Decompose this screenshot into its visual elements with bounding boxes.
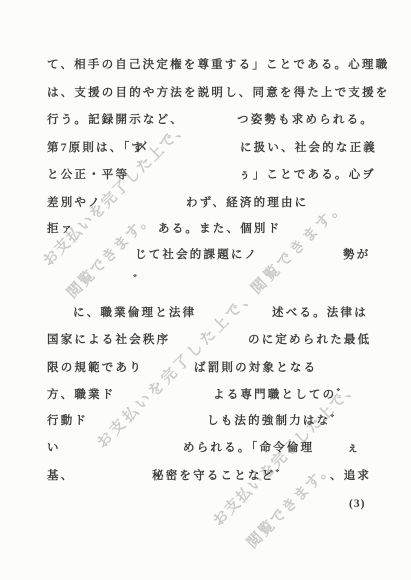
text-segment: て、相手の自己決定権を尊重する」ことである。心理職: [47, 58, 389, 72]
text-segment: は、支援の目的や方法を説明し、同意を得た上で支援を: [47, 86, 390, 100]
text-segment: に、職業倫理と法律: [73, 306, 196, 320]
text-segment: 勢が: [343, 248, 370, 262]
text-segment: 第7原則は、「す: [47, 141, 145, 155]
text-segment: 述べる。法律は: [272, 306, 368, 320]
text-segment: と公正・平等: [47, 168, 129, 182]
document-page: (3) お支払いを完了した上で、閲覧できます。お支払いを完了した上で、閲覧できま…: [0, 0, 411, 580]
text-segment: じて社会的課題にノ: [135, 248, 258, 262]
text-segment: 秘密を守ることなど゛: [152, 469, 289, 483]
text-segment: わず、経済的理由に: [186, 196, 308, 210]
text-segment: 差別やノ: [47, 196, 102, 210]
text-segment: ぅ」ことである。心ヺ: [239, 168, 376, 182]
text-segment: 、追求: [330, 469, 371, 483]
text-segment: い: [47, 441, 61, 455]
text-segment: 基、: [47, 469, 74, 483]
text-segment: 方、職業ド: [47, 388, 116, 402]
text-segment: められる。「命令倫理: [183, 441, 314, 455]
text-segment: 行動ド: [47, 414, 88, 428]
text-segment: しも法的強制力はな゛: [207, 414, 344, 428]
text-segment: ぇ: [347, 441, 361, 455]
text-segment: つ姿勢も求められる。: [237, 113, 374, 127]
text-segment: よる専門職としての゛: [213, 388, 350, 402]
page-number: (3): [349, 498, 365, 510]
text-segment: ば罰則の対象となる: [194, 361, 317, 375]
text-segment: 拒ァ: [47, 222, 74, 236]
text-segment: 〆: [136, 141, 150, 155]
text-segment: ある。また、個別ド: [158, 222, 281, 236]
text-segment: 限の規範であり: [47, 361, 143, 375]
text-segment: のに定められた最低: [248, 333, 371, 347]
text-segment: に扱い、社会的な正義: [240, 141, 377, 155]
text-segment: 行う。記録開示など、: [47, 113, 184, 127]
text-segment: 国家による社会秩序: [47, 333, 170, 347]
text-segment: ゛: [133, 274, 147, 288]
